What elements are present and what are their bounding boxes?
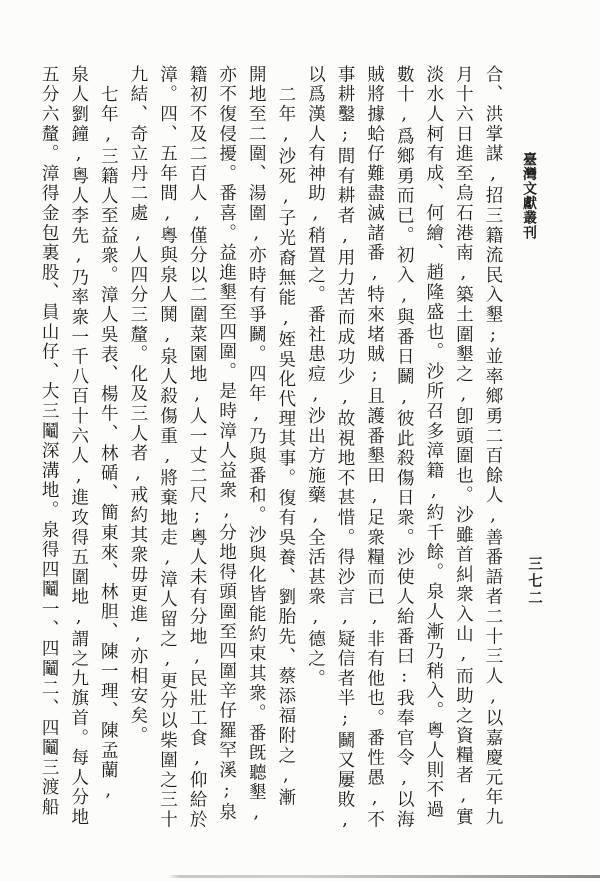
text-column: 開地至二圍、湯圍,亦時有爭鬭。四年,乃與番和。沙與化皆能約束其衆。番旣聽墾, — [241, 65, 271, 847]
text-column: 月十六日進至烏石港南,築土圍墾之,卽頭圍也。沙雖首糾衆入山,而助之資糧者,實 — [448, 65, 478, 847]
text-column: 籍初不及二百人,僅分以二圍菜園地,人一丈二尺;粵人未有分地,民壯工食,仰給於 — [181, 65, 211, 847]
text-column: 以爲漢人有神助,稍置之。番社患痘,沙出方施藥,全活甚衆,德之。 — [300, 65, 330, 847]
text-column: 二年,沙死,子光裔無能,姪吳化代理其事。復有吳養、劉胎先、蔡添福附之,漸 — [270, 65, 300, 847]
text-column: 數十,爲鄉勇而已。初入,與番日鬭,彼此殺傷日衆。沙使人紿番曰:我奉官令,以海 — [389, 65, 419, 847]
text-column: 合、洪掌謀,招三籍流民入墾;並率鄉勇二百餘人,善番語者二十三人,以嘉慶元年九 — [477, 65, 507, 847]
book-page: 臺灣文獻叢刊 三七二 合、洪掌謀,招三籍流民入墾;並率鄉勇二百餘人,善番語者二十… — [0, 0, 600, 881]
text-column: 五分六釐。漳得金包裏股、員山仔、大三鬮深溝地。泉得四鬮一、四鬮二、四鬮三渡船 — [34, 65, 64, 847]
page-number: 三七二 — [524, 556, 545, 607]
text-column: 泉人劉鐘,粵人李先,乃率衆一千八百十六人,進攻得五圍地,謂之九旗首。每人分地 — [63, 65, 93, 847]
scan-artifact-line — [167, 875, 600, 878]
text-column: 七年,三籍人至益衆。漳人吳表、楊牛、林碷、簡東來、林胆、陳一理、陳孟蘭, — [93, 65, 123, 847]
body-text: 合、洪掌謀,招三籍流民入墾;並率鄉勇二百餘人,善番語者二十三人,以嘉慶元年九 月… — [34, 65, 508, 847]
text-column: 淡水人柯有成、何繪、趙隆盛也。沙所召多漳籍,約千餘。泉人漸乃稍入。粵人則不過 — [418, 65, 448, 847]
text-column: 事耕鑿;間有耕者,用力苦而成功少,故視地不甚惜。得沙言,疑信者半;鬭又屢敗, — [329, 65, 359, 847]
text-column: 亦不復侵擾。番喜。益進墾至四圍。是時漳人益衆,分地得頭圍至四圍辛仔羅罕溪;泉 — [211, 65, 241, 847]
text-column: 漳。四、五年間,粵與泉人鬨,泉人殺傷重,將棄地走,漳人留之,更分以柴圍之三十 — [152, 65, 182, 847]
text-column: 九結、奇立丹二處,人四分三釐。化及三人者,戒約其衆毋更進,亦相安矣。 — [122, 65, 152, 847]
series-title: 臺灣文獻叢刊 — [519, 152, 539, 240]
text-column: 賊將據蛤仔難盡滅諸番,特來堵賊;且護番墾田,足衆糧而已,非有他也。番性愚,不 — [359, 65, 389, 847]
